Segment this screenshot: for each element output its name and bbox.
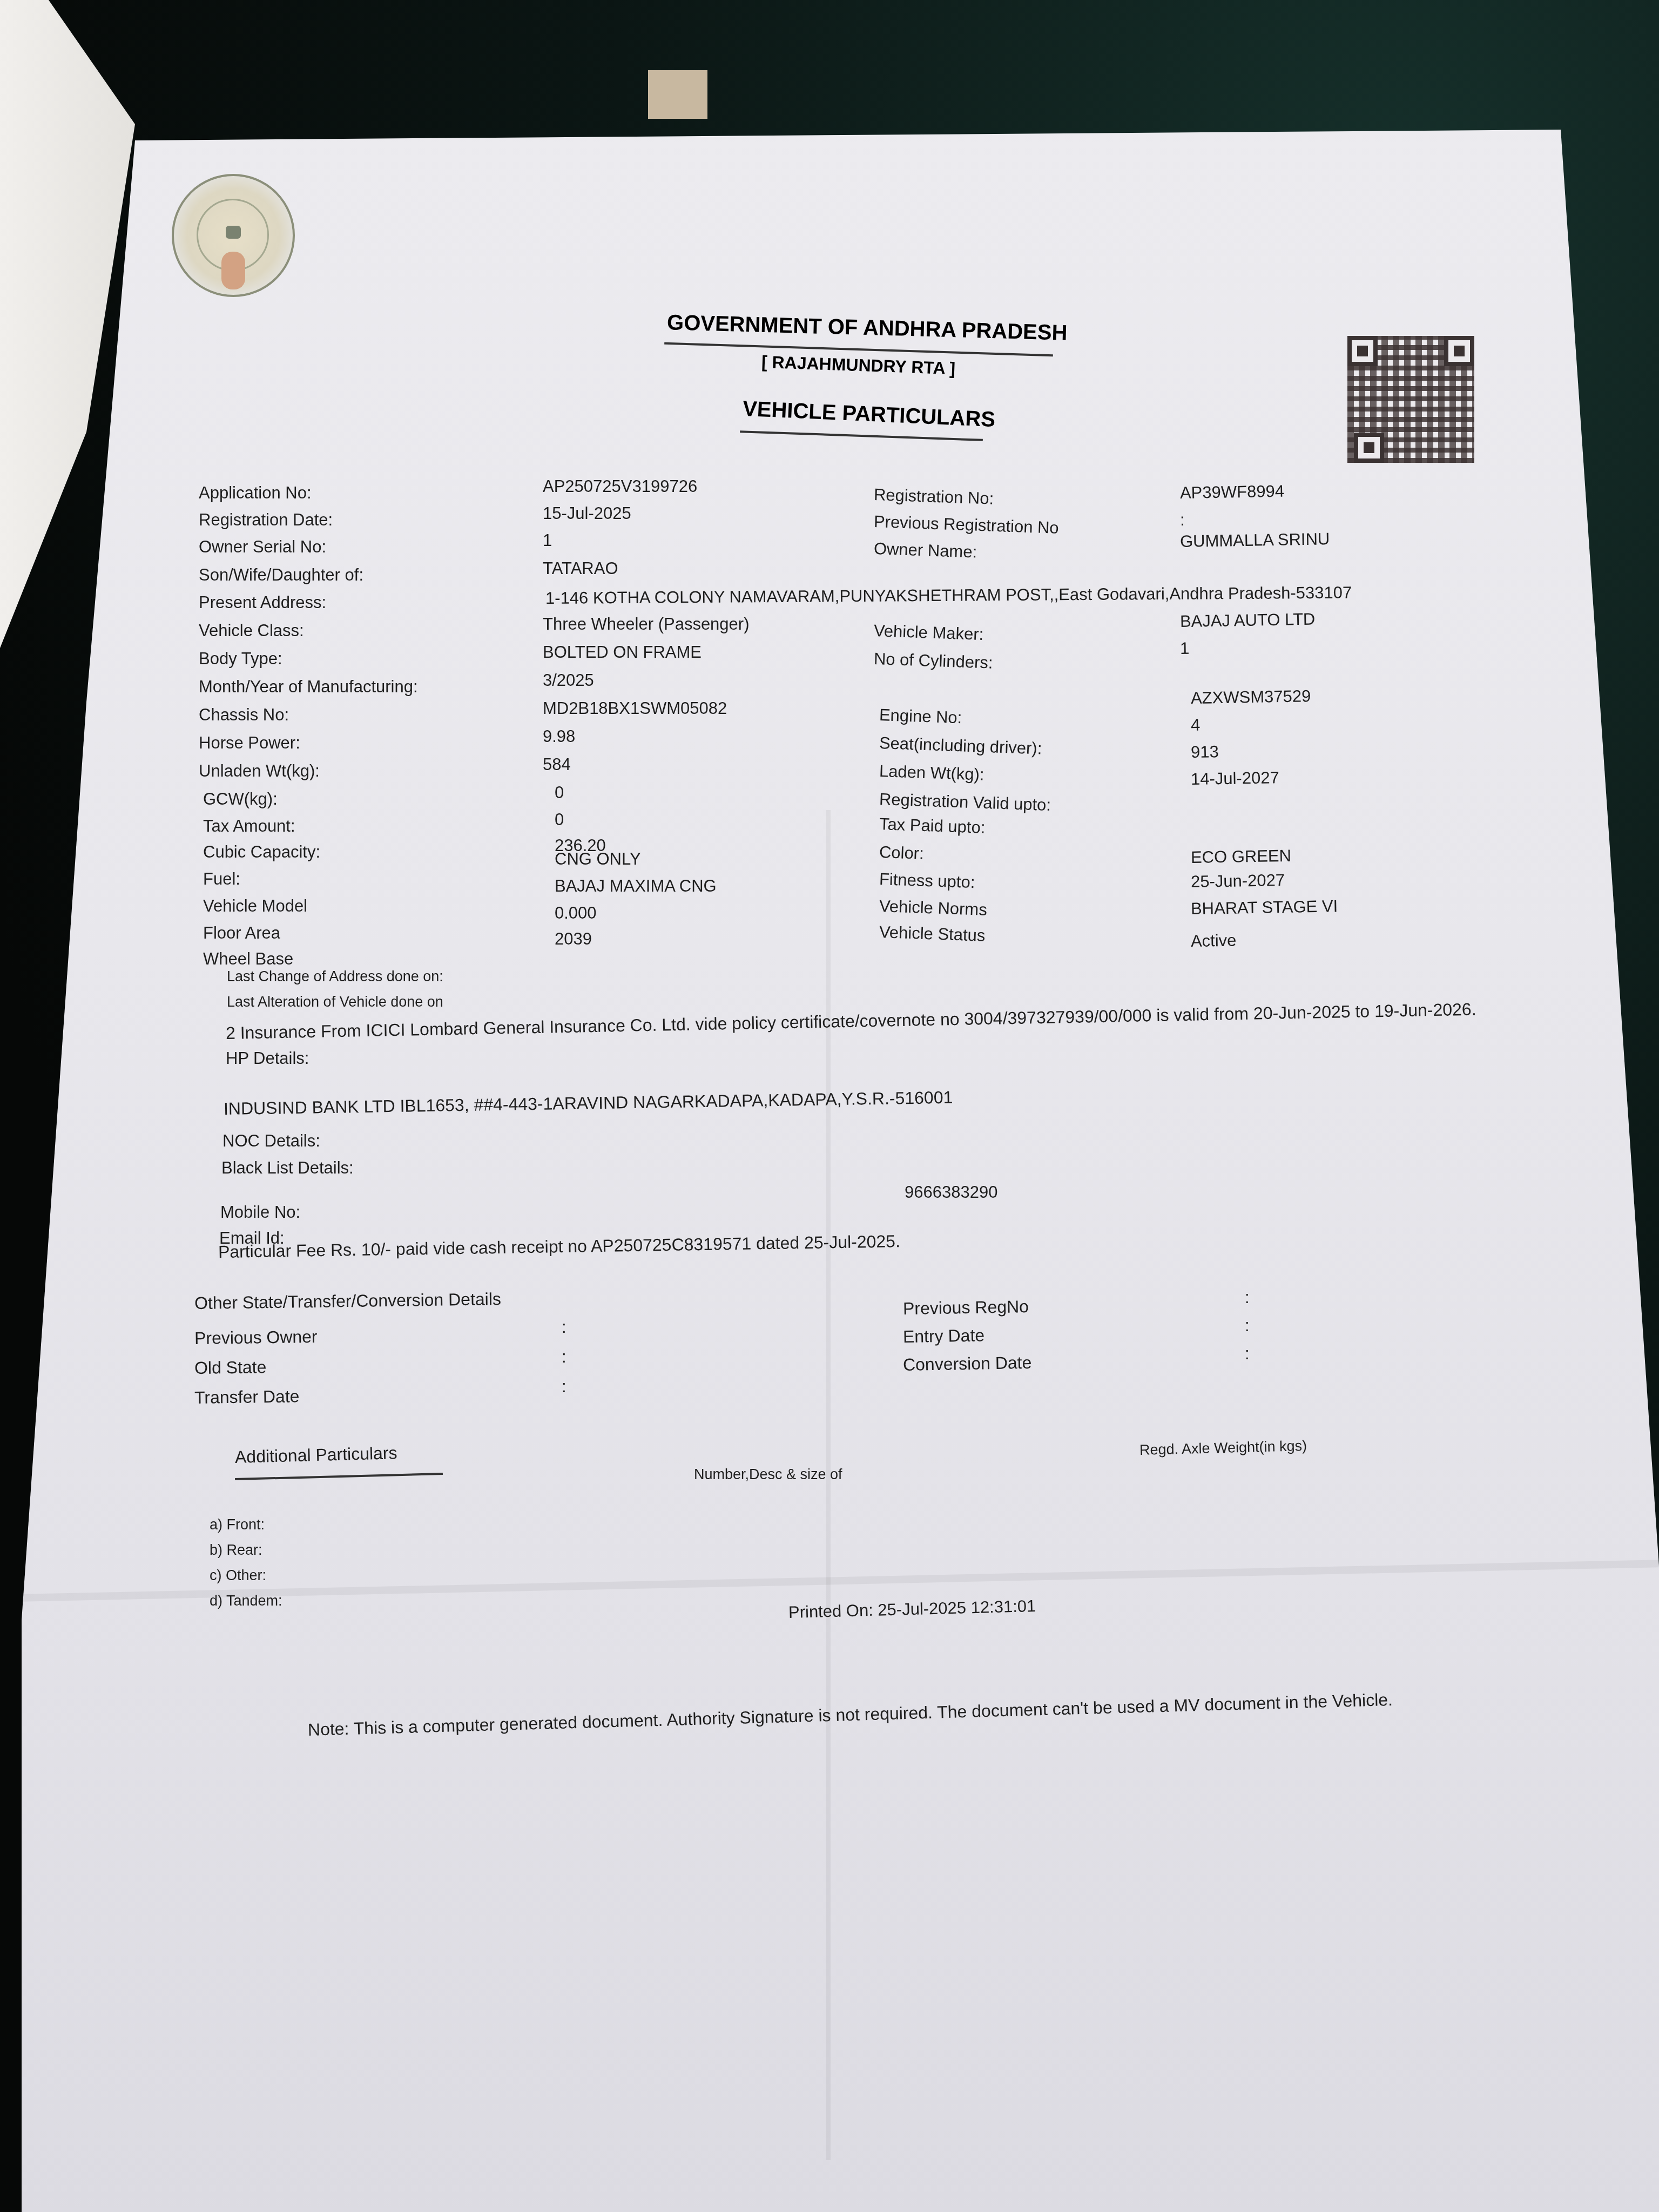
field-value: Active	[1191, 931, 1237, 951]
field-value: ECO GREEN	[1191, 846, 1292, 867]
field-label: Owner Name:	[873, 539, 977, 562]
field-label: Registration No:	[873, 485, 994, 509]
field-value: TATARAO	[543, 559, 618, 578]
field-label: Unladen Wt(kg):	[199, 761, 320, 781]
qr-code-icon	[1347, 336, 1474, 463]
transfer-label: Previous RegNo	[903, 1297, 1029, 1319]
field-label: Vehicle Norms	[879, 896, 987, 920]
axle-row-label: c) Other:	[210, 1567, 266, 1584]
field-label: Color:	[879, 842, 924, 864]
transfer-value: :	[1245, 1316, 1250, 1336]
transfer-value: :	[562, 1318, 567, 1337]
field-label: Vehicle Class:	[199, 621, 304, 640]
field-value: 3/2025	[543, 671, 594, 690]
transfer-value: :	[1245, 1288, 1250, 1307]
field-label: Body Type:	[199, 649, 282, 669]
field-value: CNG ONLY	[555, 849, 641, 869]
field-value: BAJAJ MAXIMA CNG	[555, 876, 717, 896]
field-label: Fuel:	[203, 869, 240, 889]
field-value: 1	[543, 531, 552, 550]
background-strip	[648, 70, 707, 119]
field-label: Registration Date:	[199, 510, 333, 530]
field-label: Tax Amount:	[203, 817, 295, 836]
field-value: AP39WF8994	[1180, 482, 1285, 503]
field-value: BOLTED ON FRAME	[543, 643, 702, 662]
last-change-address-label: Last Change of Address done on:	[227, 968, 443, 985]
additional-particulars-heading: Additional Particulars	[235, 1443, 397, 1467]
field-value: 4	[1191, 716, 1201, 735]
field-label: Vehicle Maker:	[873, 621, 983, 644]
field-value: 0	[555, 783, 564, 802]
field-value: 2039	[555, 929, 592, 949]
mobile-label: Mobile No:	[220, 1203, 300, 1222]
field-label: Son/Wife/Daughter of:	[199, 565, 363, 585]
field-label: No of Cylinders:	[873, 649, 993, 673]
field-label: Wheel Base	[203, 949, 293, 969]
hp-details-label: HP Details:	[226, 1049, 309, 1068]
field-label: Vehicle Model	[203, 896, 307, 916]
transfer-label: Old State	[194, 1357, 267, 1378]
field-label: Chassis No:	[199, 705, 289, 725]
field-value: GUMMALLA SRINU	[1180, 529, 1330, 551]
field-value: :	[1180, 510, 1185, 530]
transfer-label: Conversion Date	[903, 1353, 1032, 1375]
field-label: Vehicle Status	[879, 922, 986, 946]
transfer-label: Transfer Date	[194, 1386, 300, 1408]
transfer-label: Previous Owner	[194, 1327, 318, 1348]
number-desc-column: Number,Desc & size of	[694, 1466, 842, 1483]
transfer-heading: Other State/Transfer/Conversion Details	[194, 1289, 501, 1313]
transfer-value: :	[562, 1377, 567, 1397]
field-value: 0	[555, 810, 564, 829]
field-value: AP250725V3199726	[543, 477, 697, 496]
transfer-value: :	[1245, 1344, 1250, 1364]
field-value: 1	[1180, 639, 1190, 658]
blacklist-details-label: Black List Details:	[221, 1158, 354, 1178]
field-label: Owner Serial No:	[199, 537, 326, 557]
field-label: Month/Year of Manufacturing:	[199, 677, 418, 697]
field-value: BAJAJ AUTO LTD	[1180, 610, 1316, 631]
field-label: Laden Wt(kg):	[879, 761, 984, 785]
last-alteration-label: Last Alteration of Vehicle done on	[227, 994, 443, 1010]
field-label: Application No:	[199, 483, 312, 503]
transfer-label: Entry Date	[903, 1325, 985, 1347]
field-value: 584	[543, 755, 571, 774]
mobile-value: 9666383290	[905, 1183, 997, 1202]
field-label: Floor Area	[203, 923, 280, 943]
axle-row-label: d) Tandem:	[210, 1593, 282, 1609]
field-value: 15-Jul-2025	[543, 504, 631, 523]
field-value: BHARAT STAGE VI	[1191, 896, 1338, 919]
field-value: 913	[1191, 742, 1219, 762]
field-label: Fitness upto:	[879, 869, 975, 892]
field-value: Three Wheeler (Passenger)	[543, 615, 750, 634]
field-label: Cubic Capacity:	[203, 842, 320, 862]
field-value: 9.98	[543, 727, 575, 746]
field-value: 14-Jul-2027	[1191, 768, 1279, 789]
field-value: MD2B18BX1SWM05082	[543, 699, 727, 718]
field-label: Present Address:	[199, 593, 326, 612]
field-value: 0.000	[555, 903, 597, 923]
field-value: AZXWSM37529	[1191, 686, 1311, 708]
field-label: Engine No:	[879, 705, 962, 727]
field-label: Horse Power:	[199, 733, 300, 753]
field-value: 25-Jun-2027	[1191, 871, 1285, 892]
field-label: Tax Paid upto:	[879, 814, 986, 838]
field-label: GCW(kg):	[203, 790, 278, 809]
state-emblem-icon	[172, 174, 295, 297]
axle-row-label: a) Front:	[210, 1516, 265, 1533]
axle-row-label: b) Rear:	[210, 1542, 262, 1559]
transfer-value: :	[562, 1347, 567, 1367]
noc-details-label: NOC Details:	[222, 1131, 320, 1151]
